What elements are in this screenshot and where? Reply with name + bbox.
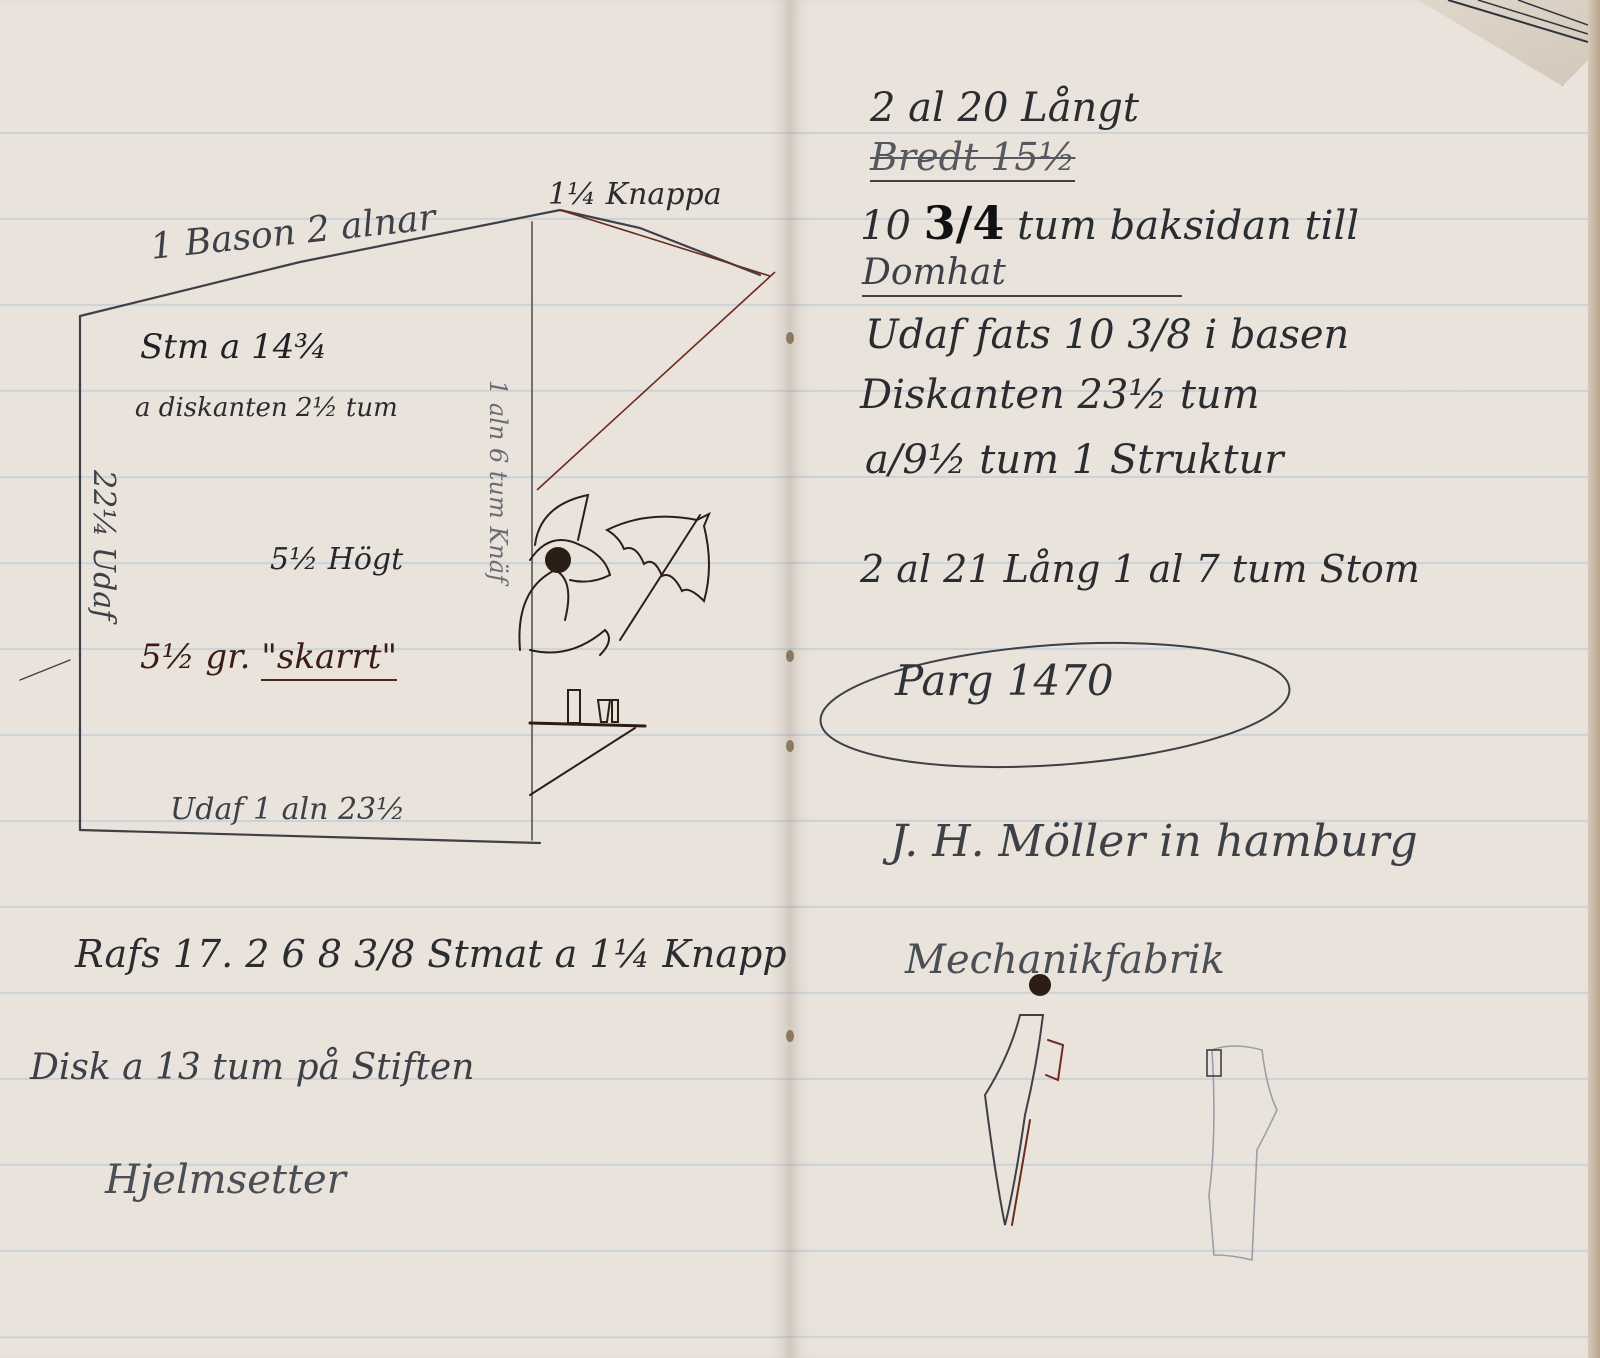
right-line-5: Udaf fats 10 3/8 i basen <box>865 315 1349 355</box>
right-line-1: 2 al 20 Långt <box>870 88 1139 128</box>
stacked-pages-edge <box>1438 0 1588 50</box>
diagram-inner-vertical-label: 1 aln 6 tum Knäf <box>486 380 510 583</box>
binding-stitch <box>786 740 794 752</box>
right-line-3-suffix: tum baksidan till <box>1004 203 1359 249</box>
right-line-3-bold: 3/4 <box>924 196 1005 250</box>
right-line-6: Diskanten 23½ tum <box>860 375 1260 415</box>
diagram-top-label-right: 1¼ Knappa <box>548 180 722 210</box>
ink-note-prefix: 5½ gr. <box>140 637 250 677</box>
diagram-line-2: a diskanten 2½ tum <box>135 395 398 421</box>
right-line-3: 10 3/4 tum baksidan till <box>860 200 1359 246</box>
diagram-bottom-label: Udaf 1 aln 23½ <box>170 795 405 825</box>
left-line-1: Rafs 17. 2 6 8 3/8 Stmat a 1¼ Knapp <box>75 935 787 973</box>
left-line-2: Disk a 13 tum på Stiften <box>30 1050 474 1086</box>
diagram-side-vertical-label: 22¼ Udaf <box>88 470 118 620</box>
left-line-3: Hjelmsetter <box>105 1160 346 1200</box>
diagram-line-1: Stm a 14¾ <box>140 330 327 364</box>
page-edge <box>1588 0 1600 1358</box>
binding-stitch <box>786 332 794 344</box>
circled-note: Parg 1470 <box>895 660 1114 702</box>
binding-stitch <box>786 650 794 662</box>
right-line-2-struck: Bredt 15½ <box>870 138 1075 182</box>
maker-name: J. H. Möller in hamburg <box>890 820 1418 864</box>
right-line-4: Domhat <box>862 255 1182 297</box>
ink-note: 5½ gr. "skarrt" <box>140 640 397 674</box>
maker-name-line-2: Mechanikfabrik <box>905 940 1225 980</box>
binding-stitch <box>786 1030 794 1042</box>
right-line-3-prefix: 10 <box>860 203 924 249</box>
right-line-8: 2 al 21 Lång 1 al 7 tum Stom <box>860 550 1420 588</box>
right-line-7: a/9½ tum 1 Struktur <box>865 440 1283 480</box>
diagram-middle-note: 5½ Högt <box>270 545 403 575</box>
ink-note-quoted: "skarrt" <box>261 637 397 681</box>
